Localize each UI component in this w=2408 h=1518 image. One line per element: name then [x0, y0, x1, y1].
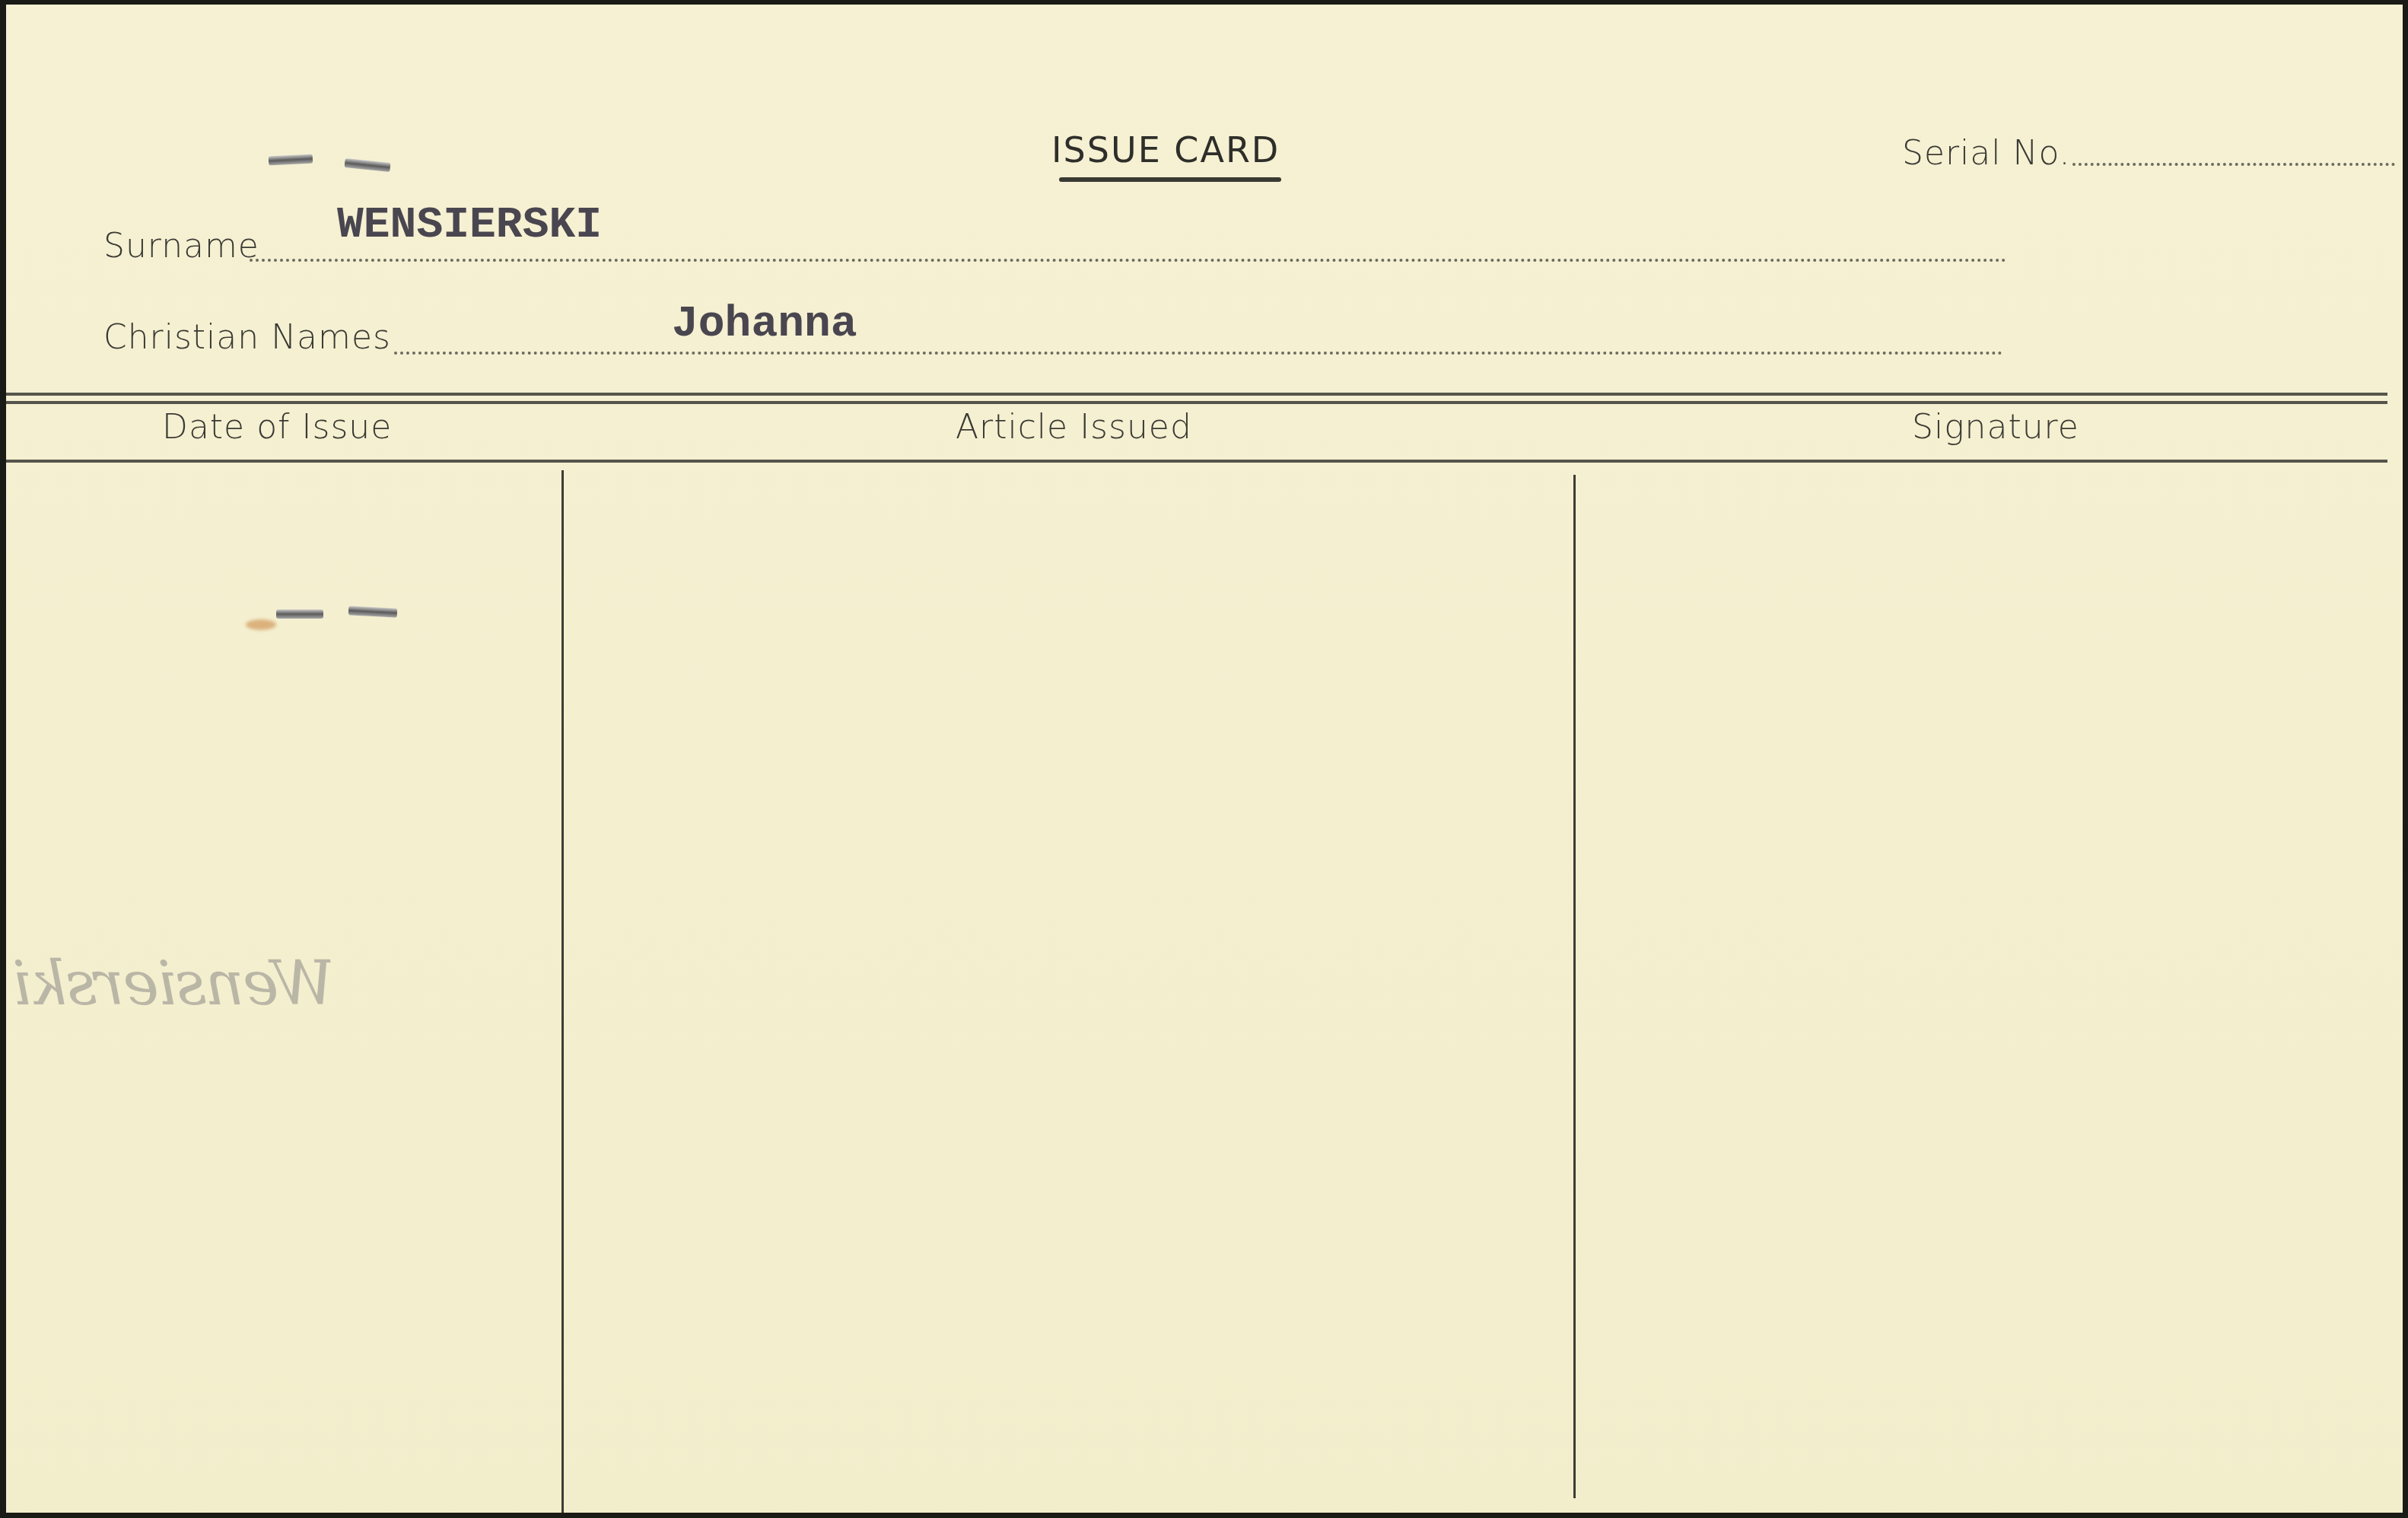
issue-card: ISSUE CARD Serial No. Surname WENSIERSKI… — [6, 5, 2403, 1513]
staple-icon — [345, 158, 391, 172]
staple-icon — [269, 154, 313, 165]
surname-field[interactable] — [250, 259, 2007, 262]
christian-names-label: Christian Names — [103, 318, 391, 357]
article-issued-column[interactable] — [565, 464, 1572, 1507]
header-divider-bottom — [6, 401, 2387, 404]
column-header-date-of-issue: Date of Issue — [162, 408, 392, 447]
header-divider-top — [6, 393, 2387, 396]
surname-value: WENSIERSKI — [337, 201, 602, 250]
faint-signature-mark: Wensierski — [14, 948, 335, 1019]
signature-column[interactable] — [1577, 464, 2387, 1507]
christian-names-field[interactable] — [394, 352, 2003, 355]
surname-label: Surname — [103, 227, 259, 266]
column-divider-2 — [1573, 475, 1576, 1498]
column-header-divider — [6, 460, 2387, 463]
christian-names-value: Johanna — [672, 300, 857, 349]
serial-no-label: Serial No. — [1902, 134, 2071, 173]
column-header-article-issued: Article Issued — [956, 408, 1192, 447]
serial-no-field[interactable] — [2072, 163, 2395, 166]
title-underline — [1059, 177, 1281, 182]
column-divider-1 — [561, 470, 564, 1513]
card-title: ISSUE CARD — [1051, 129, 1280, 170]
column-header-signature: Signature — [1912, 408, 2079, 447]
